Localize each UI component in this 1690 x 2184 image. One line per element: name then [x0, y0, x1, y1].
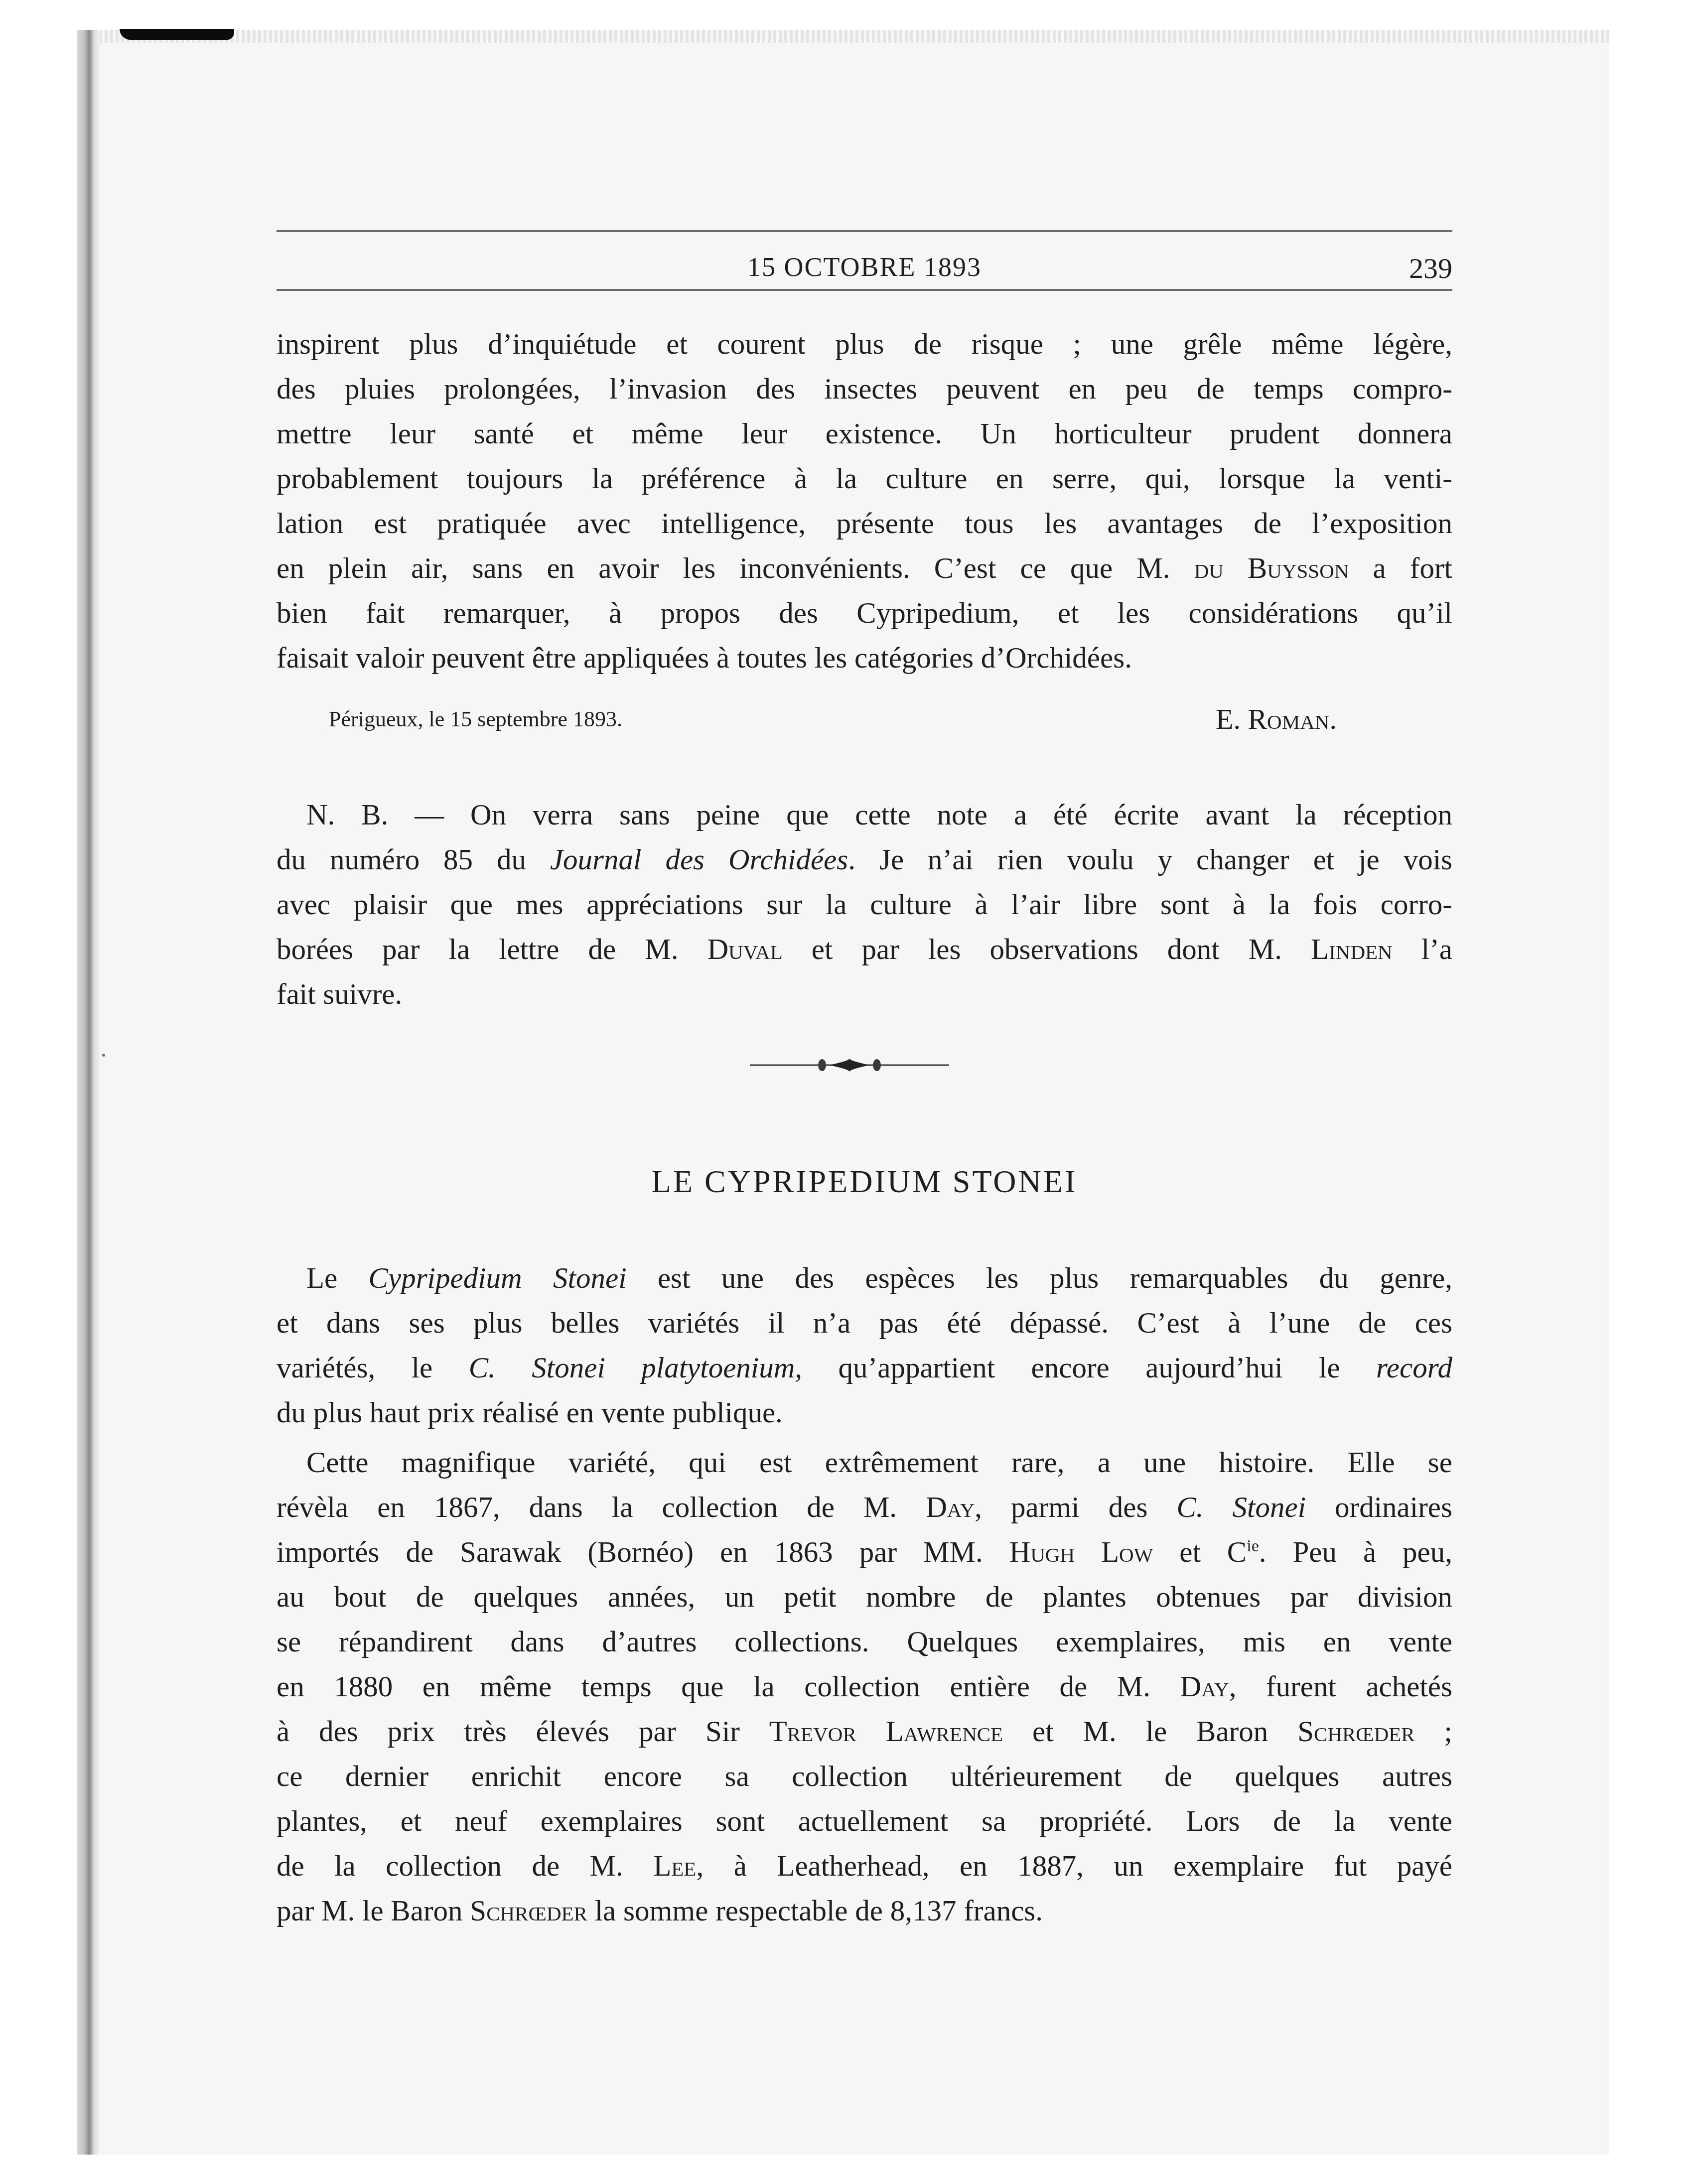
signature-author: E. Roman.	[1216, 702, 1337, 736]
header-rule-top	[277, 230, 1452, 232]
text-run: a fort	[1349, 551, 1452, 584]
text-run: , furent achetés	[1229, 1670, 1452, 1703]
text-line: des pluies prolongées, l’invasion des in…	[277, 366, 1452, 411]
text-line: fait suivre.	[277, 971, 1452, 1016]
text-run: en plein air, sans en avoir les inconvén…	[277, 551, 1194, 584]
text-line: variétés, le C. Stonei platytoenium, qu’…	[277, 1345, 1452, 1390]
text-line: plantes, et neuf exemplaires sont actuel…	[277, 1798, 1452, 1843]
signature-place-date: Périgueux, le 15 septembre 1893.	[329, 706, 622, 732]
author-initial: E.	[1216, 703, 1248, 735]
article-paragraph-2: Cette magnifique variété, qui est extrêm…	[277, 1440, 1452, 1933]
company-name: Hugh Low	[1009, 1535, 1153, 1568]
text-line: N. B. — On verra sans peine que cette no…	[277, 792, 1452, 837]
superscript: ie	[1247, 1537, 1259, 1555]
book-spine-edge	[77, 30, 100, 2155]
text-line: du numéro 85 du Journal des Orchidées. J…	[277, 837, 1452, 882]
text-run: importés de Sarawak (Bornéo) en 1863 par…	[277, 1535, 1009, 1568]
text-line: probablement toujours la préférence à la…	[277, 456, 1452, 501]
page-number: 239	[1409, 252, 1452, 285]
text-run: révèla en 1867, dans la collection de M.	[277, 1491, 926, 1523]
text-run: en 1880 en même temps que la collection …	[277, 1670, 1180, 1703]
person-name: Day	[926, 1491, 975, 1523]
emphasis: record	[1376, 1351, 1452, 1384]
text-run: variétés, le	[277, 1351, 469, 1384]
text-run: du numéro 85 du	[277, 843, 550, 876]
text-line: par M. le Baron Schrœder la somme respec…	[277, 1888, 1452, 1933]
text-line: lation est pratiquée avec intelligence, …	[277, 501, 1452, 546]
person-name: Lee	[653, 1849, 696, 1882]
text-run: et par les observations dont M.	[783, 933, 1311, 965]
nota-bene: N. B. — On verra sans peine que cette no…	[277, 792, 1452, 1016]
running-head-date: 15 OCTOBRE 1893	[277, 252, 1452, 282]
species-name: C. Stonei	[1176, 1491, 1306, 1523]
text-run: la somme respectable de 8,137 francs.	[587, 1894, 1043, 1927]
text-run: qu’appartient encore aujourd’hui le	[802, 1351, 1376, 1384]
text-line: borées par la lettre de M. Duval et par …	[277, 927, 1452, 971]
text-line: révèla en 1867, dans la collection de M.…	[277, 1485, 1452, 1529]
text-line: avec plaisir que mes appréciations sur l…	[277, 882, 1452, 927]
text-run: ordinaires	[1306, 1491, 1452, 1523]
fleuron-divider-icon	[750, 1059, 949, 1072]
text-run: à des prix très élevés par Sir	[277, 1715, 769, 1748]
scan-top-edge	[77, 30, 1609, 43]
person-name: du Buysson	[1194, 551, 1349, 584]
text-line: du plus haut prix réalisé en vente publi…	[277, 1390, 1452, 1435]
text-line: et dans ses plus belles variétés il n’a …	[277, 1300, 1452, 1345]
header-rule-bottom	[277, 289, 1452, 291]
person-name: Trevor Lawrence	[769, 1715, 1003, 1748]
text-run: est une des espèces les plus remarquable…	[627, 1261, 1452, 1294]
text-run: Le	[306, 1261, 369, 1294]
species-name: Cypripedium Stonei	[369, 1261, 627, 1294]
text-run: par M. le Baron	[277, 1894, 470, 1927]
text-line: importés de Sarawak (Bornéo) en 1863 par…	[277, 1529, 1452, 1574]
journal-title: Journal des Orchidées	[550, 843, 848, 876]
text-run: . Je n’ai rien voulu y changer et je voi…	[848, 843, 1452, 876]
text-run: borées par la lettre de M.	[277, 933, 707, 965]
text-run: de la collection de M.	[277, 1849, 653, 1882]
text-line: Cette magnifique variété, qui est extrêm…	[277, 1440, 1452, 1485]
text-line: mettre leur santé et même leur existence…	[277, 411, 1452, 456]
author-name: Roman.	[1248, 703, 1336, 735]
text-line: inspirent plus d’inquiétude et courent p…	[277, 321, 1452, 366]
text-line: de la collection de M. Lee, à Leatherhea…	[277, 1843, 1452, 1888]
scan-artifact	[120, 29, 234, 40]
text-run: , parmi des	[975, 1491, 1176, 1523]
text-run: et C	[1153, 1535, 1247, 1568]
text-line: se répandirent dans d’autres collections…	[277, 1619, 1452, 1664]
scan-speck	[102, 1054, 105, 1057]
text-line: faisait valoir peuvent être appliquées à…	[277, 635, 1452, 680]
text-line: Le Cypripedium Stonei est une des espèce…	[277, 1255, 1452, 1300]
text-run: ;	[1415, 1715, 1452, 1748]
text-line: bien fait remarquer, à propos des Cyprip…	[277, 590, 1452, 635]
article-paragraph-1: Le Cypripedium Stonei est une des espèce…	[277, 1255, 1452, 1435]
person-name: Schrœder	[470, 1894, 587, 1927]
text-line: au bout de quelques années, un petit nom…	[277, 1574, 1452, 1619]
running-head: 15 OCTOBRE 1893 239	[277, 252, 1452, 286]
text-line: ce dernier enrichit encore sa collection…	[277, 1754, 1452, 1798]
article-title: LE CYPRIPEDIUM STONEI	[277, 1163, 1452, 1200]
text-run: . Peu à peu,	[1259, 1535, 1452, 1568]
person-name: Schrœder	[1297, 1715, 1415, 1748]
text-line: à des prix très élevés par Sir Trevor La…	[277, 1709, 1452, 1754]
paragraph-continued: inspirent plus d’inquiétude et courent p…	[277, 321, 1452, 680]
text-run: , à Leatherhead, en 1887, un exemplaire …	[696, 1849, 1452, 1882]
text-run: l’a	[1393, 933, 1452, 965]
text-line: en 1880 en même temps que la collection …	[277, 1664, 1452, 1709]
variety-name: C. Stonei platytoenium,	[469, 1351, 802, 1384]
person-name: Linden	[1311, 933, 1393, 965]
person-name: Day	[1180, 1670, 1229, 1703]
text-line: en plein air, sans en avoir les inconvén…	[277, 546, 1452, 590]
text-run: et M. le Baron	[1003, 1715, 1297, 1748]
person-name: Duval	[707, 933, 783, 965]
